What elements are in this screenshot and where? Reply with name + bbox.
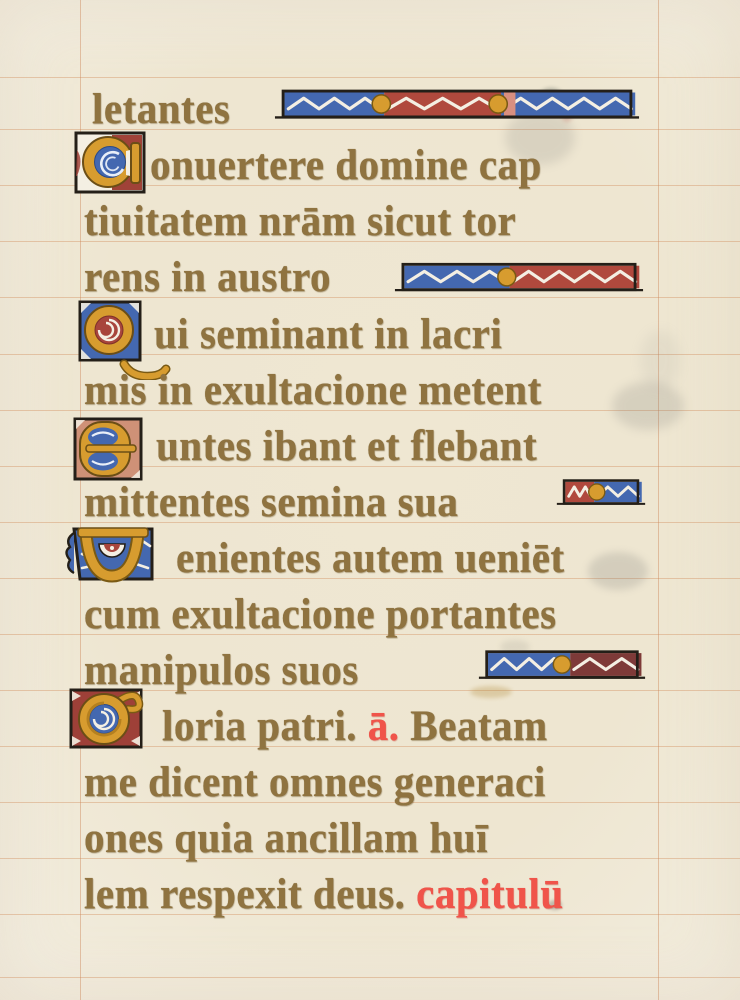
line-filler-ornament [394, 262, 644, 292]
gothic-text: rens in austro [84, 252, 331, 300]
ruling-line-vertical [658, 0, 659, 1000]
gothic-text: letantes [92, 84, 230, 132]
rubric-text: capitulū [416, 869, 564, 917]
text-line: onuertere domine cap [150, 138, 542, 191]
stain [470, 686, 512, 698]
stain [640, 330, 680, 390]
text-line: ones quia ancillam huī [84, 811, 488, 864]
line-filler-ornament [274, 89, 640, 119]
text-line: mis in exultacione metent [84, 363, 542, 416]
gothic-text: Beatam [400, 701, 548, 749]
illuminated-initial-c [74, 130, 148, 201]
text-line: manipulos suos [84, 643, 359, 696]
gothic-text: mis in exultacione metent [84, 365, 542, 413]
gothic-text: mittentes semina sua [84, 477, 458, 525]
stain [612, 382, 684, 430]
text-line: letantes [92, 82, 230, 135]
text-line: enientes autem ueniēt [176, 531, 565, 584]
manuscript-page: letantesonuertere domine captiuitatem nr… [0, 0, 740, 1000]
gothic-text: ones quia ancillam huī [84, 813, 488, 861]
text-line: rens in austro [84, 250, 331, 303]
text-line: lem respexit deus. capitulū [84, 867, 564, 920]
gothic-text: me dicent omnes generaci [84, 757, 546, 805]
text-line: cum exultacione portantes [84, 587, 557, 640]
stain [588, 552, 648, 590]
gothic-text: loria patri. [162, 701, 368, 749]
gothic-text: manipulos suos [84, 645, 359, 693]
ruling-line-horizontal [0, 977, 740, 978]
rubric-text: ā. [368, 701, 400, 749]
ruling-line-horizontal [0, 77, 740, 78]
illuminated-initial-g [68, 686, 150, 759]
gothic-text: untes ibant et flebant [156, 421, 537, 469]
gothic-text: enientes autem ueniēt [176, 533, 565, 581]
line-filler-ornament [556, 477, 646, 507]
gothic-text: cum exultacione portantes [84, 589, 557, 637]
text-line: me dicent omnes generaci [84, 755, 546, 808]
text-line: untes ibant et flebant [156, 419, 537, 472]
text-line: tiuitatem nrām sicut tor [84, 194, 516, 247]
gothic-text: lem respexit deus. [84, 869, 416, 917]
gothic-text: ui seminant in lacri [154, 309, 502, 357]
text-line: loria patri. ā. Beatam [162, 699, 548, 752]
text-line: mittentes semina sua [84, 475, 458, 528]
gothic-text: onuertere domine cap [150, 140, 542, 188]
gothic-text: tiuitatem nrām sicut tor [84, 196, 516, 244]
text-line: ui seminant in lacri [154, 307, 502, 360]
line-filler-ornament [478, 649, 646, 680]
